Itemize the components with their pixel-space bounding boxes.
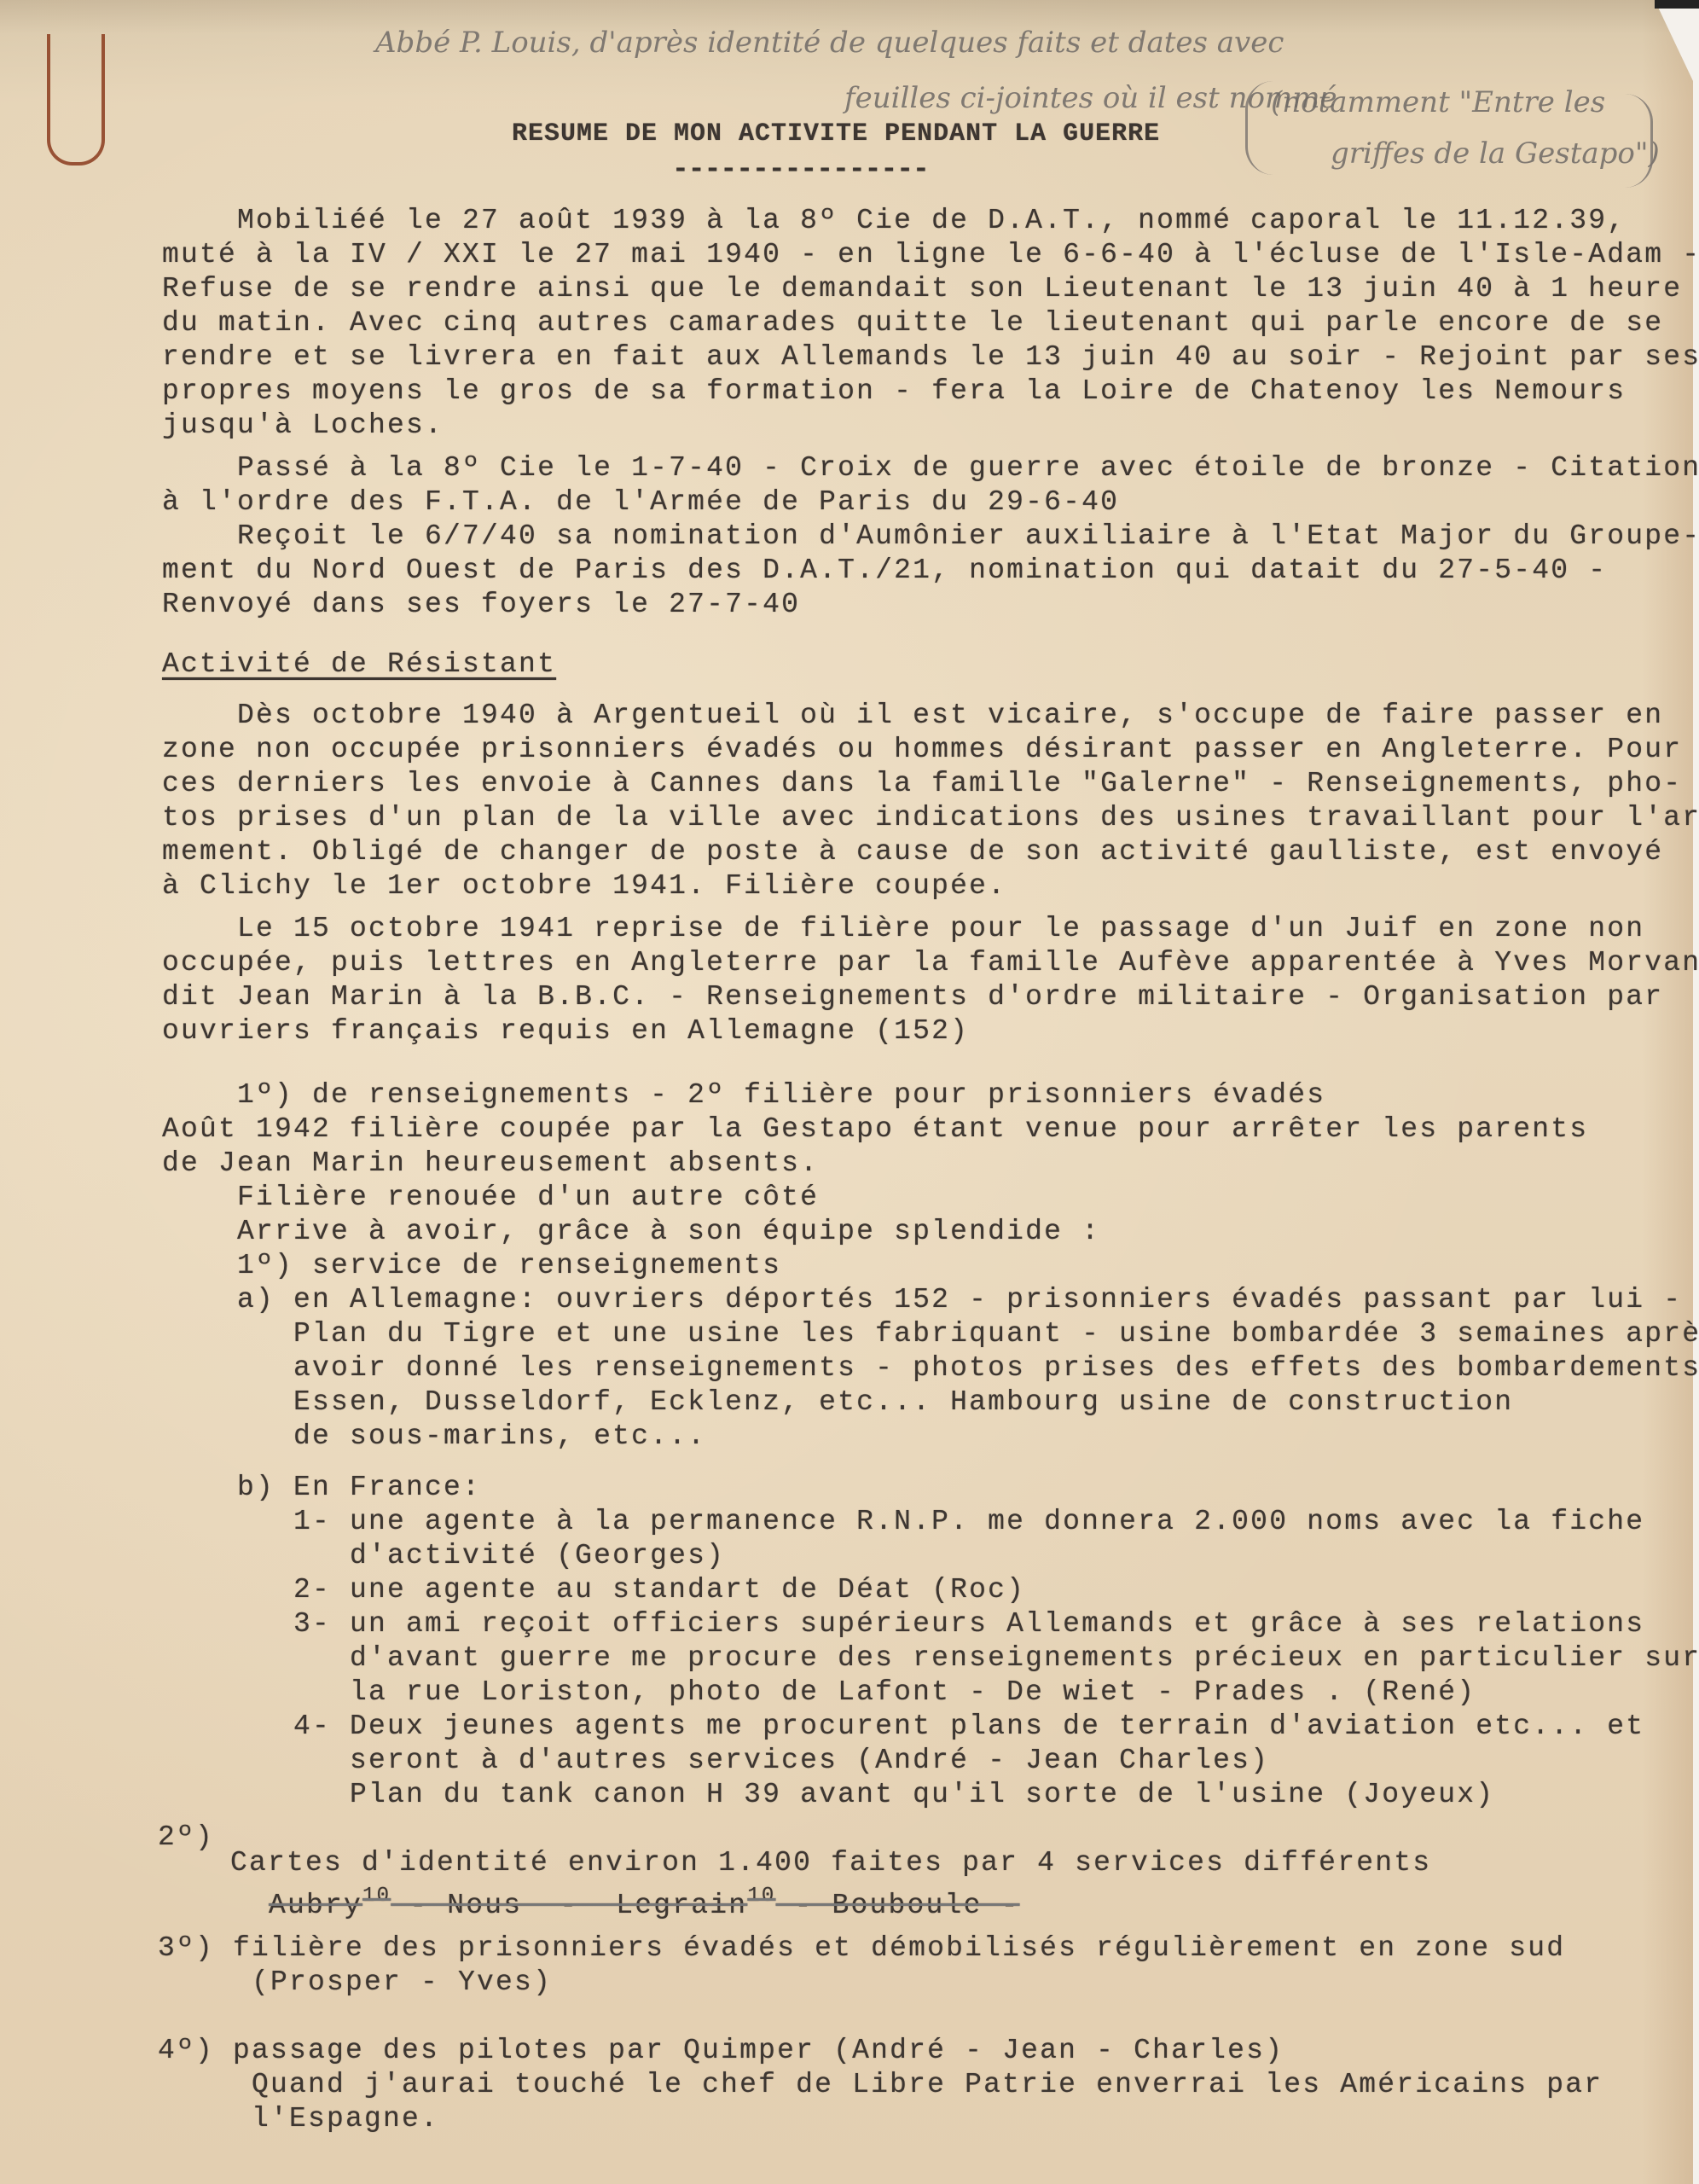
handwritten-note-a: (notamment "Entre les — [1271, 85, 1605, 119]
resistance-line-16: 1º) service de renseignements — [162, 1250, 781, 1281]
france-line-6: la rue Loriston, photo de Lafont - De wi… — [162, 1676, 1476, 1708]
france-line-3: 2- une agente au standart de Déat (Roc) — [162, 1574, 1025, 1606]
intro-line-10: Reçoit le 6/7/40 sa nomination d'Aumônie… — [162, 520, 1699, 552]
intro-line-3: Refuse de se rendre ainsi que le demanda… — [162, 273, 1682, 305]
name-bouboule: - Bouboule - — [776, 1890, 1020, 1921]
resistance-line-5: mement. Obligé de changer de poste à cau… — [162, 836, 1663, 868]
resistance-line-4: tos prises d'un plan de la ville avec in… — [162, 802, 1699, 834]
resistance-line-19: avoir donné les renseignements - photos … — [162, 1352, 1699, 1384]
intro-line-5: rendre et se livrera en fait aux Alleman… — [162, 341, 1699, 373]
point4-line-3: l'Espagne. — [158, 2103, 439, 2135]
handwritten-paren-right — [1625, 94, 1653, 188]
france-line-7: 4- Deux jeunes agents me procurent plans… — [162, 1711, 1644, 1742]
point3-line-2: (Prosper - Yves) — [158, 1966, 552, 1998]
point4-line-2: Quand j'aurai touché le chef de Libre Pa… — [158, 2069, 1603, 2100]
resistance-line-14: Filière renouée d'un autre côté — [162, 1182, 819, 1213]
intro-line-8: Passé à la 8º Cie le 1-7-40 - Croix de g… — [162, 452, 1699, 484]
resistance-line-17: a) en Allemagne: ouvriers déportés 152 -… — [162, 1284, 1682, 1316]
handwritten-paren-left — [1245, 81, 1273, 175]
aubry-count: 10 — [362, 1885, 391, 1908]
legrain-count: 10 — [747, 1885, 775, 1908]
point3-line-1: 3º) filière des prisonniers évadés et dé… — [158, 1932, 1565, 1964]
resistance-line-12: Août 1942 filière coupée par la Gestapo … — [162, 1113, 1588, 1145]
title-rule: ---------------- — [672, 154, 929, 185]
resistance-line-1: Dès octobre 1940 à Argentueil où il est … — [162, 700, 1663, 731]
intro-line-7: jusqu'à Loches. — [162, 409, 444, 441]
france-line-5: d'avant guerre me procure des renseignem… — [162, 1642, 1699, 1674]
handwritten-note-b: griffes de la Gestapo") — [1331, 136, 1660, 171]
page-title: RESUME DE MON ACTIVITE PENDANT LA GUERRE — [512, 119, 1160, 148]
intro-line-9: à l'ordre des F.T.A. de l'Armée de Paris… — [162, 486, 1119, 518]
resistance-line-15: Arrive à avoir, grâce à son équipe splen… — [162, 1216, 1100, 1247]
scan-edge — [1655, 0, 1699, 9]
intro-line-1: Mobiliéé le 27 août 1939 à la 8º Cie de … — [162, 205, 1626, 236]
resistance-line-20: Essen, Dusseldorf, Ecklenz, etc... Hambo… — [162, 1386, 1513, 1418]
intro-line-6: propres moyens le gros de sa formation -… — [162, 375, 1626, 407]
resistance-line-18: Plan du Tigre et une usine les fabriquan… — [162, 1318, 1699, 1350]
point2-names: Aubry10 - Nous - Legrain10 - Bouboule - — [269, 1890, 1020, 1921]
resistance-line-10: ouvriers français requis en Allemagne (1… — [162, 1015, 969, 1047]
france-line-8: seront à d'autres services (André - Jean… — [162, 1745, 1269, 1776]
resistance-line-7: Le 15 octobre 1941 reprise de filière po… — [162, 913, 1644, 944]
resistance-line-3: ces derniers les envoie à Cannes dans la… — [162, 768, 1682, 799]
resistance-line-13: de Jean Marin heureusement absents. — [162, 1147, 819, 1179]
red-pencil-bracket-mark — [47, 34, 105, 166]
resistance-line-2: zone non occupée prisonniers évadés ou h… — [162, 734, 1682, 765]
resistance-line-21: de sous-marins, etc... — [162, 1420, 706, 1452]
intro-line-2: muté à la IV / XXI le 27 mai 1940 - en l… — [162, 239, 1699, 270]
intro-line-12: Renvoyé dans ses foyers le 27-7-40 — [162, 589, 800, 620]
point4-line-1: 4º) passage des pilotes par Quimper (And… — [158, 2035, 1284, 2066]
france-line-1: 1- une agente à la permanence R.N.P. me … — [162, 1506, 1644, 1537]
section-heading: Activité de Résistant — [162, 648, 556, 680]
point2-number: 2º) — [158, 1821, 214, 1853]
france-line-4: 3- un ami reçoit officiers supérieurs Al… — [162, 1608, 1644, 1640]
france-line-2: d'activité (Georges) — [162, 1540, 725, 1571]
resistance-line-6: à Clichy le 1er octobre 1941. Filière co… — [162, 870, 1006, 902]
france-label: b) En France: — [162, 1472, 481, 1503]
intro-line-4: du matin. Avec cinq autres camarades qui… — [162, 307, 1663, 339]
point2-text: Cartes d'identité environ 1.400 faites p… — [230, 1847, 1431, 1879]
intro-line-11: ment du Nord Ouest de Paris des D.A.T./2… — [162, 555, 1607, 586]
resistance-line-11: 1º) de renseignements - 2º filière pour … — [162, 1079, 1325, 1111]
france-line-9: Plan du tank canon H 39 avant qu'il sort… — [162, 1779, 1494, 1810]
name-aubry: Aubry — [269, 1890, 362, 1921]
name-legrain: - Nous - Legrain — [391, 1890, 747, 1921]
handwritten-annotation-line1: Abbé P. Louis, d'après identité de quelq… — [375, 26, 1284, 60]
resistance-line-9: dit Jean Marin à la B.B.C. - Renseigneme… — [162, 981, 1663, 1013]
resistance-line-8: occupée, puis lettres en Angleterre par … — [162, 947, 1699, 979]
